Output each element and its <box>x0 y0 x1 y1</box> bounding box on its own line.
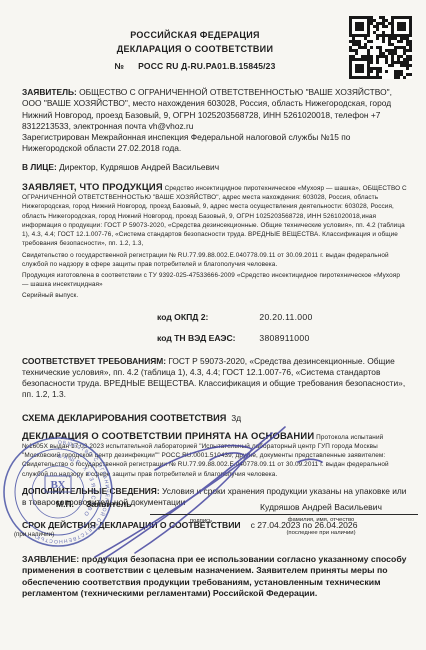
conforms-paragraph: СООТВЕТСТВУЕТ ТРЕБОВАНИЯМ: ГОСТ Р 59073-… <box>22 356 408 401</box>
country-title: РОССИЙСКАЯ ФЕДЕРАЦИЯ <box>22 28 368 42</box>
declares-serial: Серийный выпуск. <box>22 291 408 300</box>
tnved-code-value: 3808911000 <box>259 333 309 343</box>
statement-label: ЗАЯВЛЕНИЕ: <box>22 554 79 564</box>
declares-label: ЗАЯВЛЯЕТ, ЧТО ПРОДУКЦИЯ <box>22 181 163 192</box>
stamp-place-label: М.П. <box>56 499 74 509</box>
document-header: РОССИЙСКАЯ ФЕДЕРАЦИЯ ДЕКЛАРАЦИЯ О СООТВЕ… <box>22 28 368 71</box>
declares-paragraph: ЗАЯВЛЯЕТ, ЧТО ПРОДУКЦИЯ Средство инсекти… <box>22 182 408 248</box>
declares-certificate: Свидетельство о государственной регистра… <box>22 251 408 269</box>
declaration-document: РОССИЙСКАЯ ФЕДЕРАЦИЯ ДЕКЛАРАЦИЯ О СООТВЕ… <box>0 0 426 650</box>
tnved-code-row: код ТН ВЭД ЕАЭС: 3808911000 <box>157 332 408 344</box>
okpd-code-value: 20.20.11.000 <box>259 312 312 322</box>
applicant-label: ЗАЯВИТЕЛЬ: <box>22 87 77 97</box>
applicant-text: ОБЩЕСТВО С ОГРАНИЧЕННОЙ ОТВЕТСТВЕННОСТЬЮ… <box>22 87 392 131</box>
declaration-number-row: №РОСС RU Д-RU.РА01.В.15845/23 <box>22 61 368 71</box>
statement-paragraph: ЗАЯВЛЕНИЕ: продукция безопасна при ее ис… <box>22 554 408 600</box>
qr-code <box>349 16 412 79</box>
stamp-center-logo: ВХ <box>50 479 65 491</box>
applicant-paragraph: ЗАЯВИТЕЛЬ: ОБЩЕСТВО С ОГРАНИЧЕННОЙ ОТВЕТ… <box>22 87 408 155</box>
number-label: № <box>114 61 124 71</box>
statement-text: продукция безопасна при ее использовании… <box>22 554 406 599</box>
document-title: ДЕКЛАРАЦИЯ О СООТВЕТСТВИИ <box>22 42 368 56</box>
product-codes: код ОКПД 2: 20.20.11.000 код ТН ВЭД ЕАЭС… <box>22 311 408 344</box>
signatory-name-block: Кудряшов Андрей Васильевич фамилия, имя,… <box>224 502 418 536</box>
signatory-name-caption: фамилия, имя, отчество <box>224 517 418 523</box>
scheme-value: 3д <box>231 413 241 423</box>
in-person-text: Директор, Кудряшов Андрей Васильевич <box>59 162 219 172</box>
applicant-registered: Зарегистрирован Межрайонная инспекция Фе… <box>22 132 350 153</box>
applicant-sign-label: Заявитель <box>86 499 131 509</box>
in-person-paragraph: В ЛИЦЕ: Директор, Кудряшов Андрей Василь… <box>22 162 408 173</box>
scheme-row: СХЕМА ДЕКЛАРИРОВАНИЯ СООТВЕТСТВИЯ3д <box>22 413 408 423</box>
declaration-number: РОСС RU Д-RU.РА01.В.15845/23 <box>138 61 275 71</box>
okpd-code-label: код ОКПД 2: <box>157 311 257 323</box>
tnved-code-label: код ТН ВЭД ЕАЭС: <box>157 332 257 344</box>
signatory-name-note: (последнее при наличии) <box>224 530 418 536</box>
in-person-label: В ЛИЦЕ: <box>22 162 57 172</box>
conforms-label: СООТВЕТСТВУЕТ ТРЕБОВАНИЯМ: <box>22 356 166 366</box>
stamp-place-note: (при наличии) <box>14 531 54 538</box>
declares-text: Средство инсектицидное пиротехническое «… <box>22 185 407 247</box>
scheme-label: СХЕМА ДЕКЛАРИРОВАНИЯ СООТВЕТСТВИЯ <box>22 413 226 423</box>
declares-made-to: Продукция изготовлена в соответствии с Т… <box>22 271 408 289</box>
signatory-name: Кудряшов Андрей Васильевич <box>224 502 418 515</box>
okpd-code-row: код ОКПД 2: 20.20.11.000 <box>157 311 408 323</box>
